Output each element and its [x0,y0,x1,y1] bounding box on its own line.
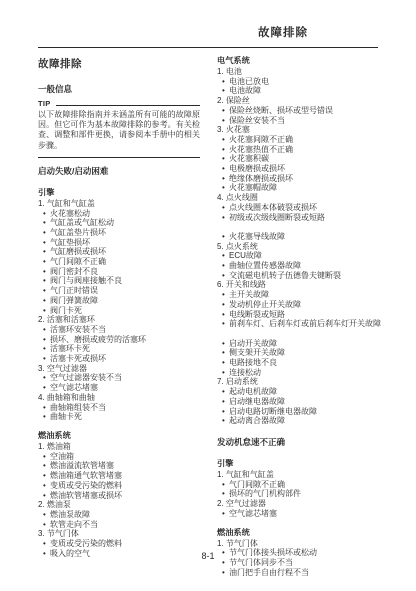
bullet-item: •气缸盖或气缸松动 [38,218,200,228]
bullet-item: •活塞环卡死 [38,344,200,354]
bullet-icon: • [222,310,229,320]
bullet-text: 曲轴箱组装不当 [50,403,200,413]
bullet-item: •火花塞松动 [38,209,200,219]
bullet-text: 气缸盖或气缸松动 [50,218,200,228]
bullet-text: 气门间隙不正确 [50,257,200,267]
bullet-icon: • [222,397,229,407]
header-rule [38,47,378,48]
bullet-item: •气门间隙不正确 [38,257,200,267]
numbered-item: 3. 空气过滤器 [38,364,200,374]
general-info-heading: 一般信息 [38,83,200,95]
bullet-item: •侧支架开关故障 [217,348,391,358]
tip-row: TIP [38,99,200,108]
bullet-item: •启动开关故障 [217,339,391,349]
bullet-text: 发动机停止开关故障 [229,300,391,310]
bullet-icon: • [43,276,50,286]
bullet-text: 保险丝烧断、损坏或型号错误 [229,106,391,116]
bullet-icon: • [222,290,229,300]
bullet-item: •发动机停止开关故障 [217,300,391,310]
bullet-icon: • [43,412,50,422]
bullet-text: 气缸磨损或损坏 [50,247,200,257]
section-heading-start-failure: 启动失败/启动困难 [38,165,200,177]
bullet-icon: • [43,520,50,530]
bullet-item: •火花塞导线故障 [217,232,391,242]
bullet-icon: • [43,228,50,238]
bullet-item: •阀门卡死 [38,306,200,316]
numbered-item: 5. 点火系统 [217,242,391,252]
bullet-item: •损坏、磨损或疲劳的活塞环 [38,335,200,345]
bullet-item: •阀门与阀座接触不良 [38,276,200,286]
bullet-text: 点火线圈本体破裂或损坏 [229,203,391,213]
bullet-icon: • [222,300,229,310]
bullet-text: 连接松动 [229,368,391,378]
numbered-item: 4. 点火线圈 [217,193,391,203]
bullet-item: •曲轴位置传感器故障 [217,261,391,271]
bullet-icon: • [222,203,229,213]
group-heading: 引擎 [217,459,391,469]
bullet-icon: • [222,368,229,378]
numbered-item: 4. 曲轴箱和曲轴 [38,393,200,403]
bullet-icon: • [43,267,50,277]
bullet-text: 燃油泵故障 [50,510,200,520]
running-header-title: 故障排除 [258,27,308,39]
bullet-item: •损坏的气门机构部件 [217,489,391,499]
bullet-text: 启动开关故障 [229,339,391,349]
bullet-item: •阀门密封不良 [38,267,200,277]
bullet-icon: • [222,271,229,281]
bullet-text: 变质或受污染的燃料 [50,481,200,491]
bullet-item: •阀门弹簧故障 [38,296,200,306]
bullet-icon: • [222,568,229,578]
bullet-text: 阀门密封不良 [50,267,200,277]
numbered-item: 2. 燃油泵 [38,500,200,510]
bullet-icon: • [222,261,229,271]
bullet-icon: • [222,86,229,96]
bullet-icon: • [222,480,229,490]
bullet-text: 活塞卡死或损坏 [50,354,200,364]
bullet-text: 火花塞导线故障 [229,232,391,242]
bullet-text: ECU故障 [229,251,391,261]
numbered-item: 1. 电池 [217,67,391,77]
bullet-icon: • [222,174,229,184]
bullet-item: •变质或受污染的燃料 [38,539,200,549]
bullet-item: •空气滤芯堵塞 [217,509,391,519]
bullet-icon: • [43,247,50,257]
tip-label: TIP [38,99,51,108]
bullet-icon: • [43,335,50,345]
group-heading: 电气系统 [217,56,391,66]
bullet-text: 保险丝安装不当 [229,116,391,126]
bullet-item: •电线断裂或短路 [217,310,391,320]
bullet-item: •燃油泵故障 [38,510,200,520]
bullet-item: •ECU故障 [217,251,391,261]
bullet-icon: • [43,218,50,228]
bullet-text: 电路接地不良 [229,358,391,368]
bullet-item: •电池已放电 [217,77,391,87]
bullet-text: 气缸垫损坏 [50,238,200,248]
bullet-item: •保险丝烧断、损坏或型号错误 [217,106,391,116]
outline-group: 电气系统1. 电池•电池已放电•电池故障2. 保险丝•保险丝烧断、损坏或型号错误… [217,56,391,426]
bullet-text: 活塞环卡死 [50,344,200,354]
numbered-item: 3. 火花塞 [217,125,391,135]
bullet-item: •气缸磨损或损坏 [38,247,200,257]
bullet-text: 损坏、磨损或疲劳的活塞环 [50,335,200,345]
bullet-text: 空气滤芯堵塞 [229,509,391,519]
bullet-icon: • [222,319,229,329]
bullet-icon: • [43,461,50,471]
bullet-icon: • [43,403,50,413]
section-heading-idle-speed: 发动机怠速不正确 [217,436,391,448]
bullet-item: •火花塞积碳 [217,154,391,164]
bullet-icon: • [222,348,229,358]
bullet-icon: • [222,339,229,349]
bullet-item: •燃油溢流软管堵塞 [38,461,200,471]
bullet-text: 初级或次级线圈断裂或短路 [229,213,391,223]
bullet-icon: • [43,257,50,267]
bullet-item: •曲轴箱组装不当 [38,403,200,413]
bullet-item: •火花塞热值不正确 [217,145,391,155]
bullet-icon: • [222,164,229,174]
left-column: 故障排除 一般信息 TIP 以下故障排除指南并未涵盖所有可能的故障原因。但它可作… [38,56,200,567]
bullet-icon: • [43,539,50,549]
bullet-icon: • [222,135,229,145]
bullet-text: 启动电路切断继电器故障 [229,407,391,417]
bullet-item: •点火线圈本体破裂或损坏 [217,203,391,213]
bullet-icon: • [222,213,229,223]
bullet-icon: • [222,416,229,426]
bullet-item: •活塞环安装不当 [38,325,200,335]
outline-group: 燃油系统1. 燃油箱•空油箱•燃油溢流软管堵塞•燃油箱通气软管堵塞•变质或受污染… [38,431,200,558]
intro-paragraph: 以下故障排除指南并未涵盖所有可能的故障原因。但它可作为基本故障排除的参考。有关检… [38,110,200,151]
bullet-icon: • [43,383,50,393]
numbered-item: 1. 节气门体 [217,539,391,549]
bullet-text: 阀门卡死 [50,306,200,316]
bullet-icon: • [43,354,50,364]
bullet-text: 软管走向不当 [50,520,200,530]
bullet-text: 空气过滤器安装不当 [50,373,200,383]
bullet-text: 空油箱 [50,452,200,462]
outline-group: 引擎1. 气缸和气缸盖•气门间隙不正确•损坏的气门机构部件2. 空气过滤器•空气… [217,459,391,519]
bullet-icon: • [43,510,50,520]
numbered-item: 3. 节气门体 [38,529,200,539]
bullet-icon: • [43,286,50,296]
bullet-text: 启动继电器故障 [229,397,391,407]
bullet-item: •空油箱 [38,452,200,462]
bullet-icon: • [43,491,50,501]
bullet-text: 变质或受污染的燃料 [50,539,200,549]
tip-rule [56,105,200,106]
bullet-item: •初级或次级线圈断裂或短路 [217,213,391,223]
bullet-icon: • [43,452,50,462]
bullet-icon: • [43,481,50,491]
running-header: 故障排除 [0,24,308,40]
left-outline: 引擎1. 气缸和气缸盖•火花塞松动•气缸盖或气缸松动•气缸盖垫片损坏•气缸垫损坏… [38,188,200,559]
bullet-item: •空气过滤器安装不当 [38,373,200,383]
numbered-item: 1. 气缸和气缸盖 [38,199,200,209]
page-title: 故障排除 [38,56,200,71]
bullet-item: •前刹车灯、后刹车灯或前后刹车灯开关故障 [217,319,391,329]
bullet-text: 电池已放电 [229,77,391,87]
bullet-item: •起动离合器故障 [217,416,391,426]
bullet-item: •变质或受污染的燃料 [38,481,200,491]
bullet-icon: • [222,358,229,368]
bullet-icon: • [222,251,229,261]
bullet-text: 燃油软管堵塞或损坏 [50,491,200,501]
group-heading: 燃油系统 [217,528,391,538]
bullet-icon: • [222,509,229,519]
bullet-text: 交流磁电机转子伍德鲁夫键断裂 [229,271,391,281]
bullet-text: 燃油溢流软管堵塞 [50,461,200,471]
bullet-item: •起动电机故障 [217,387,391,397]
bullet-item: •气门正时错误 [38,286,200,296]
bullet-item: •火花塞帽故障 [217,183,391,193]
outline-group: 引擎1. 气缸和气缸盖•火花塞松动•气缸盖或气缸松动•气缸盖垫片损坏•气缸垫损坏… [38,188,200,422]
bullet-item: •燃油箱通气软管堵塞 [38,471,200,481]
bullet-item: •电路接地不良 [217,358,391,368]
bullet-icon: • [43,344,50,354]
bullet-text: 阀门弹簧故障 [50,296,200,306]
bullet-item: •火花塞间隙不正确 [217,135,391,145]
bullet-text: 火花塞帽故障 [229,183,391,193]
bullet-item: •气门间隙不正确 [217,480,391,490]
bullet-icon: • [222,489,229,499]
bullet-item: •活塞卡死或损坏 [38,354,200,364]
numbered-item: 1. 燃油箱 [38,442,200,452]
section-divider [38,157,200,158]
bullet-item: •燃油软管堵塞或损坏 [38,491,200,501]
bullet-text: 绝缘体磨损或损坏 [229,174,391,184]
bullet-item: •软管走向不当 [38,520,200,530]
bullet-icon: • [43,238,50,248]
group-heading: 燃油系统 [38,431,200,441]
bullet-icon: • [222,145,229,155]
bullet-icon: • [222,106,229,116]
bullet-text: 侧支架开关故障 [229,348,391,358]
bullet-item: •主开关故障 [217,290,391,300]
bullet-text: 电池故障 [229,86,391,96]
bullet-text: 火花塞松动 [50,209,200,219]
bullet-icon: • [43,373,50,383]
bullet-text: 气门正时错误 [50,286,200,296]
bullet-item: •曲轴卡死 [38,412,200,422]
bullet-text: 起动离合器故障 [229,416,391,426]
bullet-item: •电极磨损或损坏 [217,164,391,174]
bullet-text: 油门把手自由行程不当 [229,568,391,578]
bullet-item: •启动继电器故障 [217,397,391,407]
bullet-text: 气缸盖垫片损坏 [50,228,200,238]
bullet-text: 电极磨损或损坏 [229,164,391,174]
bullet-text: 活塞环安装不当 [50,325,200,335]
page-footer: 8-1 [0,551,416,561]
numbered-item: 1. 气缸和气缸盖 [217,470,391,480]
bullet-item: •保险丝安装不当 [217,116,391,126]
bullet-item: •油门把手自由行程不当 [217,568,391,578]
bullet-icon: • [222,407,229,417]
bullet-icon: • [43,209,50,219]
bullet-icon: • [222,154,229,164]
bullet-text: 主开关故障 [229,290,391,300]
page-number: 8-1 [201,551,214,561]
bullet-item: •启动电路切断继电器故障 [217,407,391,417]
bullet-item: •交流磁电机转子伍德鲁夫键断裂 [217,271,391,281]
numbered-item: 7. 启动系统 [217,377,391,387]
bullet-icon: • [222,116,229,126]
bullet-text: 曲轴卡死 [50,412,200,422]
bullet-text: 火花塞积碳 [229,154,391,164]
bullet-text: 损坏的气门机构部件 [229,489,391,499]
bullet-icon: • [222,183,229,193]
bullet-text: 火花塞热值不正确 [229,145,391,155]
right-outline: 电气系统1. 电池•电池已放电•电池故障2. 保险丝•保险丝烧断、损坏或型号错误… [217,56,391,577]
bullet-text: 火花塞间隙不正确 [229,135,391,145]
bullet-text: 燃油箱通气软管堵塞 [50,471,200,481]
right-column: 电气系统1. 电池•电池已放电•电池故障2. 保险丝•保险丝烧断、损坏或型号错误… [217,56,391,586]
bullet-icon: • [43,325,50,335]
bullet-item: •电池故障 [217,86,391,96]
bullet-item: •气缸盖垫片损坏 [38,228,200,238]
bullet-text: 空气滤芯堵塞 [50,383,200,393]
bullet-icon: • [43,296,50,306]
numbered-item: 2. 活塞和活塞环 [38,315,200,325]
bullet-text: 曲轴位置传感器故障 [229,261,391,271]
bullet-icon: • [222,232,229,242]
bullet-icon: • [222,387,229,397]
bullet-text: 起动电机故障 [229,387,391,397]
bullet-text: 电线断裂或短路 [229,310,391,320]
group-heading: 引擎 [38,188,200,198]
numbered-item: 2. 保险丝 [217,96,391,106]
bullet-item: •绝缘体磨损或损坏 [217,174,391,184]
manual-page: 故障排除 故障排除 一般信息 TIP 以下故障排除指南并未涵盖所有可能的故障原因… [0,0,416,591]
bullet-item: •连接松动 [217,368,391,378]
bullet-icon: • [222,77,229,87]
bullet-text: 前刹车灯、后刹车灯或前后刹车灯开关故障 [229,319,391,329]
bullet-icon: • [43,306,50,316]
bullet-text: 阀门与阀座接触不良 [50,276,200,286]
numbered-item: 6. 开关和线路 [217,280,391,290]
bullet-text: 气门间隙不正确 [229,480,391,490]
bullet-icon: • [43,471,50,481]
numbered-item: 2. 空气过滤器 [217,499,391,509]
bullet-item: •气缸垫损坏 [38,238,200,248]
bullet-item: •空气滤芯堵塞 [38,383,200,393]
